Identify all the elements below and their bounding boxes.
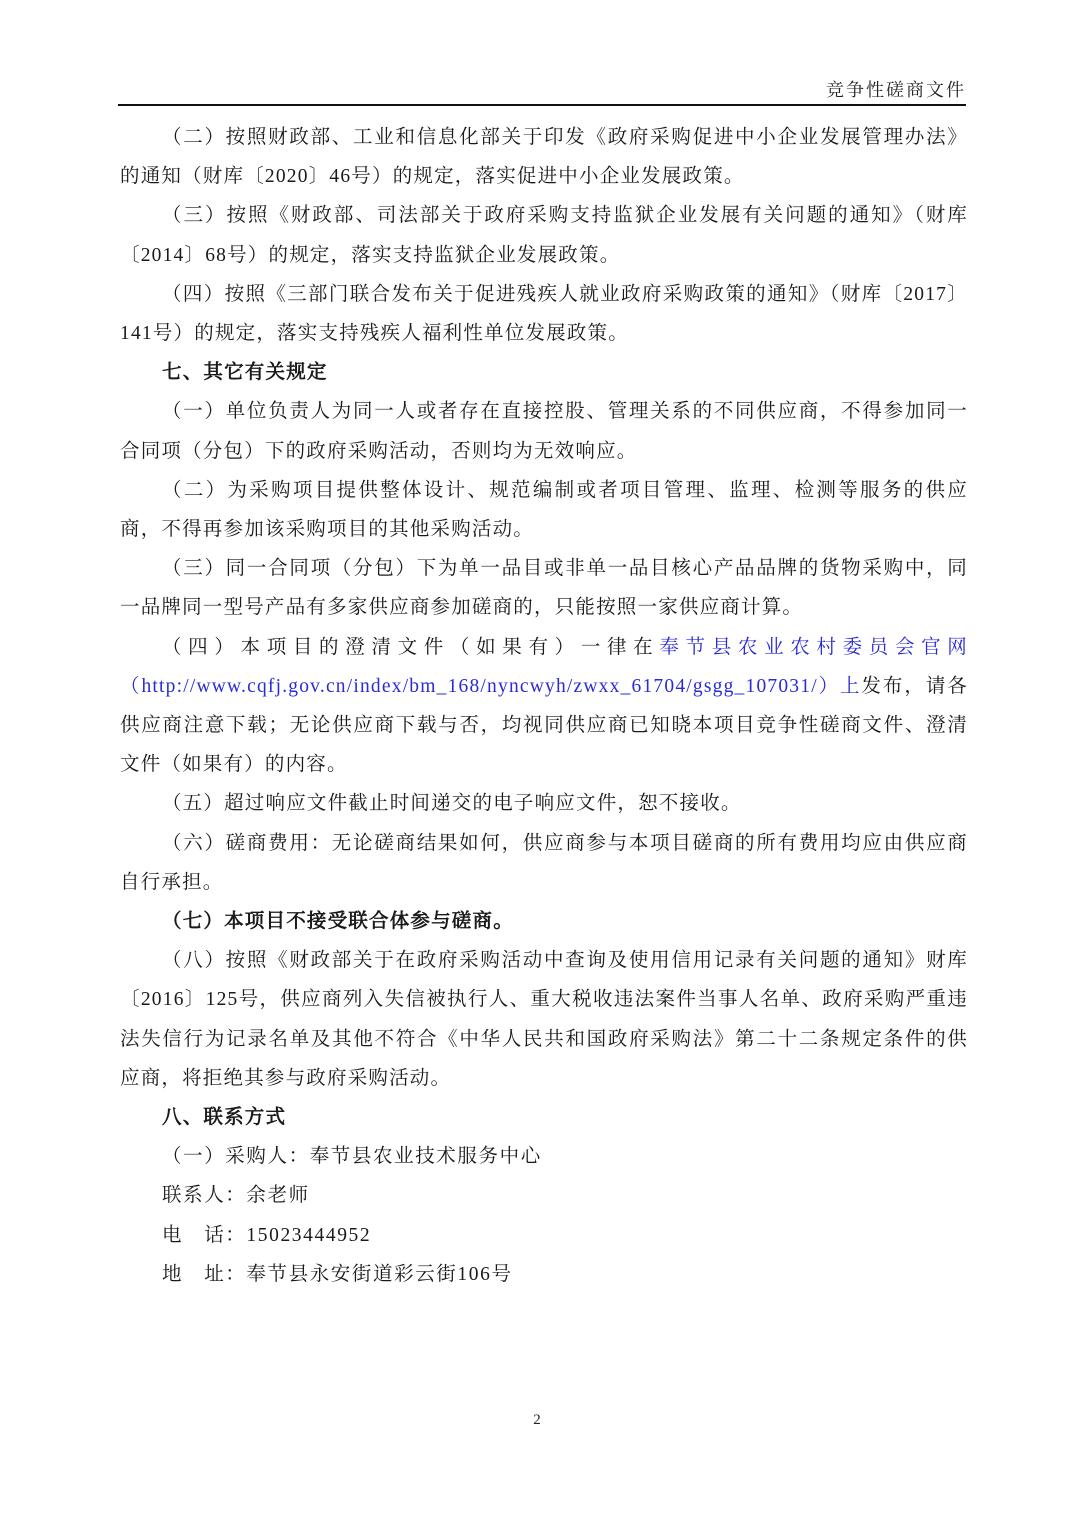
section-7-item-1: （一）单位负责人为同一人或者存在直接控股、管理关系的不同供应商，不得参加同一合同… xyxy=(120,392,968,470)
address-line: 地 址：奉节县永安街道彩云街106号 xyxy=(120,1255,968,1294)
phone-label: 电 话： xyxy=(162,1225,246,1246)
paragraph-disability-policy: （四）按照《三部门联合发布关于促进残疾人就业政府采购政策的通知》（财库〔2017… xyxy=(120,275,968,353)
paragraph-sme-policy: （二）按照财政部、工业和信息化部关于印发《政府采购促进中小企业发展管理办法》的通… xyxy=(120,118,968,196)
document-header-title: 竞争性磋商文件 xyxy=(826,76,966,102)
purchaser-line: （一）采购人：奉节县农业技术服务中心 xyxy=(120,1137,968,1176)
phone-line: 电 话：15023444952 xyxy=(120,1216,968,1255)
section-8-heading: 八、联系方式 xyxy=(120,1098,968,1137)
address-label: 地 址： xyxy=(162,1264,246,1285)
phone-number: 15023444952 xyxy=(246,1225,371,1246)
contact-person-line: 联系人：余老师 xyxy=(120,1176,968,1215)
section-7-item-2: （二）为采购项目提供整体设计、规范编制或者项目管理、监理、检测等服务的供应商，不… xyxy=(120,471,968,549)
page-number: 2 xyxy=(0,1412,1074,1429)
section-7-item-7: （七）本项目不接受联合体参与磋商。 xyxy=(120,902,968,941)
section-7-heading: 七、其它有关规定 xyxy=(120,353,968,392)
paragraph-prison-enterprise-policy: （三）按照《财政部、司法部关于政府采购支持监狱企业发展有关问题的通知》（财库〔2… xyxy=(120,196,968,274)
section-7-item-5: （五）超过响应文件截止时间递交的电子响应文件，恕不接收。 xyxy=(120,784,968,823)
section-7-item-4: （四）本项目的澄清文件（如果有）一律在奉节县农业农村委员会官网（http://w… xyxy=(120,628,968,785)
section-7-item-3: （三）同一合同项（分包）下为单一品目或非单一品目核心产品品牌的货物采购中，同一品… xyxy=(120,549,968,627)
header-divider xyxy=(118,104,966,106)
section-7-item-6: （六）磋商费用：无论磋商结果如何，供应商参与本项目磋商的所有费用均应由供应商自行… xyxy=(120,824,968,902)
document-body: （二）按照财政部、工业和信息化部关于印发《政府采购促进中小企业发展管理办法》的通… xyxy=(120,118,968,1294)
item-4-prefix: （四）本项目的澄清文件（如果有）一律在 xyxy=(162,637,659,658)
section-7-item-8: （八）按照《财政部关于在政府采购活动中查询及使用信用记录有关问题的通知》财库〔2… xyxy=(120,941,968,1098)
address-value: 奉节县永安街道彩云街106号 xyxy=(246,1264,512,1285)
